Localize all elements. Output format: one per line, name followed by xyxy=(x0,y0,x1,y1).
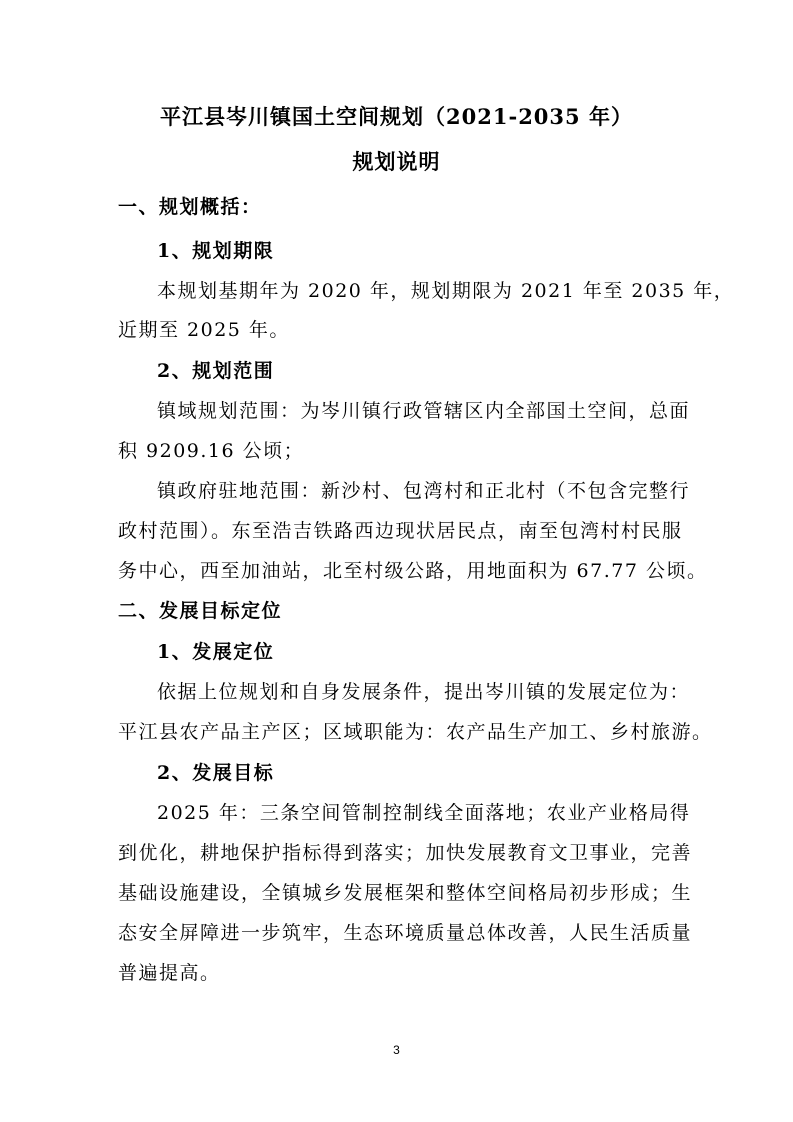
paragraph-line: 积 9209.16 公顷； xyxy=(118,436,304,463)
subsection-heading-planning-period: 1、规划期限 xyxy=(157,236,274,263)
paragraph-line: 普遍提高。 xyxy=(118,958,221,985)
paragraph-line: 务中心，西至加油站，北至村级公路，用地面积为 67.77 公顷。 xyxy=(118,556,707,583)
paragraph-line: 基础设施建设，全镇城乡发展框架和整体空间格局初步形成；生 xyxy=(118,878,692,905)
paragraph-line: 近期至 2025 年。 xyxy=(118,315,290,342)
section-heading-2: 二、发展目标定位 xyxy=(118,596,282,623)
paragraph-line: 2025 年：三条空间管制控制线全面落地；农业产业格局得 xyxy=(157,798,690,825)
paragraph-line: 到优化，耕地保护指标得到落实；加快发展教育文卫事业，完善 xyxy=(118,838,692,865)
subsection-heading-planning-scope: 2、规划范围 xyxy=(157,356,274,383)
document-title: 平江县岑川镇国土空间规划（2021-2035 年） xyxy=(0,101,793,131)
paragraph-line: 本规划基期年为 2020 年，规划期限为 2021 年至 2035 年， xyxy=(157,276,734,303)
document-subtitle: 规划说明 xyxy=(0,146,793,176)
paragraph-line: 镇域规划范围：为岑川镇行政管辖区内全部国土空间，总面 xyxy=(157,396,690,423)
paragraph-line: 平江县农产品主产区；区域职能为：农产品生产加工、乡村旅游。 xyxy=(118,717,713,744)
page-number: 3 xyxy=(0,1043,793,1057)
paragraph-line: 政村范围）。东至浩吉铁路西边现状居民点，南至包湾村村民服 xyxy=(118,516,683,543)
paragraph-line: 依据上位规划和自身发展条件，提出岑川镇的发展定位为： xyxy=(157,677,690,704)
paragraph-line: 态安全屏障进一步筑牢，生态环境质量总体改善，人民生活质量 xyxy=(118,918,692,945)
section-heading-1: 一、规划概括： xyxy=(118,192,262,219)
subsection-heading-positioning: 1、发展定位 xyxy=(157,637,274,664)
subsection-heading-goals: 2、发展目标 xyxy=(157,758,274,785)
paragraph-line: 镇政府驻地范围：新沙村、包湾村和正北村（不包含完整行 xyxy=(157,476,690,503)
